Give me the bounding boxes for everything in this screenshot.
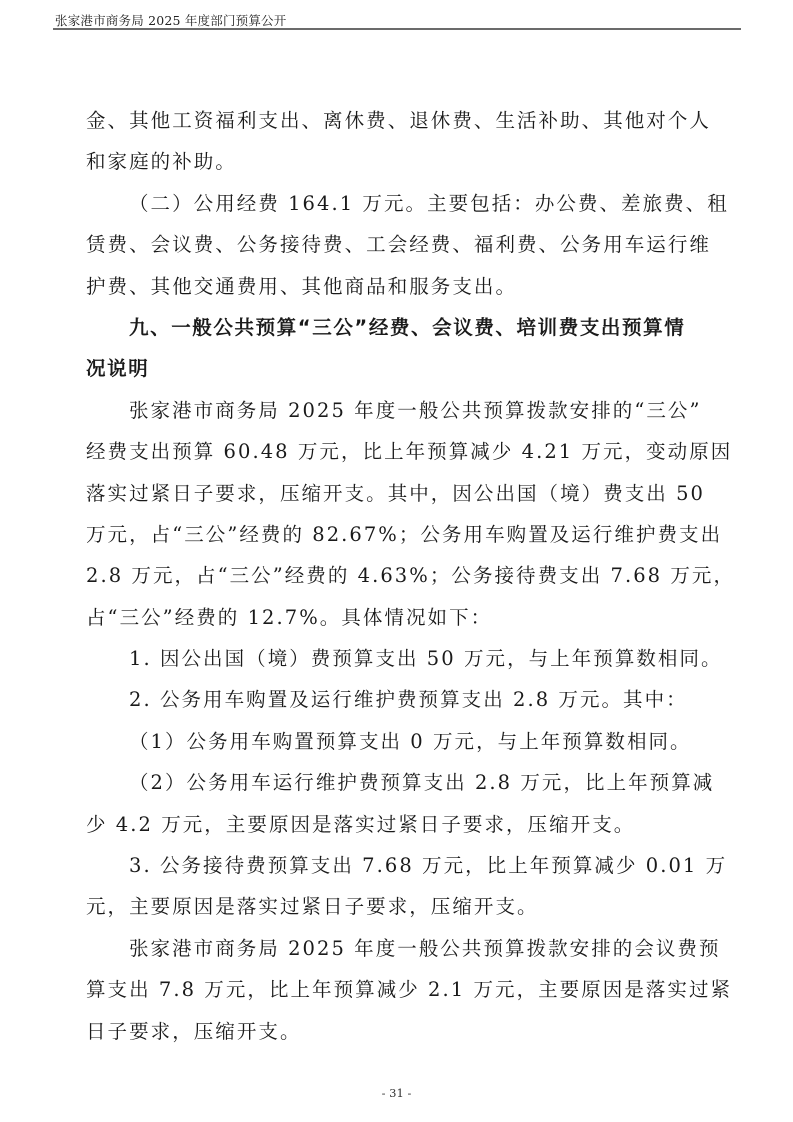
list-item-3: 3. 公务接待费预算支出 7.68 万元，比上年预算减少 0.01 万 bbox=[86, 845, 712, 886]
text-line-22: 算支出 7.8 万元，比上年预算减少 2.1 万元，主要原因是落实过紧 bbox=[86, 969, 712, 1010]
page-number: - 31 - bbox=[0, 1086, 793, 1100]
sub-item-1: （1）公务用车购置预算支出 0 万元，与上年预算数相同。 bbox=[86, 721, 712, 762]
page-header: 张家港市商务局 2025 年度部门预算公开 bbox=[53, 9, 741, 29]
text-line-5: 护费、其他交通费用、其他商品和服务支出。 bbox=[86, 266, 712, 307]
text-line-21: 张家港市商务局 2025 年度一般公共预算拨款安排的会议费预 bbox=[86, 928, 712, 969]
text-line-2: 和家庭的补助。 bbox=[86, 141, 712, 182]
sub-item-2: （2）公务用车运行维护费预算支出 2.8 万元，比上年预算减 bbox=[86, 762, 712, 803]
document-body: 金、其他工资福利支出、离休费、退休费、生活补助、其他对个人 和家庭的补助。 （二… bbox=[86, 100, 712, 1052]
header-divider bbox=[53, 28, 741, 30]
list-item-2: 2. 公务用车购置及运行维护费预算支出 2.8 万元。其中： bbox=[86, 679, 712, 720]
text-line-8: 张家港市商务局 2025 年度一般公共预算拨款安排的“三公” bbox=[86, 390, 712, 431]
text-line-10: 落实过紧日子要求，压缩开支。其中，因公出国（境）费支出 50 bbox=[86, 473, 712, 514]
text-line-23: 日子要求，压缩开支。 bbox=[86, 1011, 712, 1052]
section-heading-line-2: 况说明 bbox=[86, 348, 712, 389]
text-line-13: 占“三公”经费的 12.7%。具体情况如下： bbox=[86, 597, 712, 638]
text-line-1: 金、其他工资福利支出、离休费、退休费、生活补助、其他对个人 bbox=[86, 100, 712, 141]
text-line-11: 万元，占“三公”经费的 82.67%；公务用车购置及运行维护费支出 bbox=[86, 514, 712, 555]
text-line-12: 2.8 万元，占“三公”经费的 4.63%；公务接待费支出 7.68 万元， bbox=[86, 555, 712, 596]
text-line-18: 少 4.2 万元，主要原因是落实过紧日子要求，压缩开支。 bbox=[86, 804, 712, 845]
section-heading-line-1: 九、一般公共预算“三公”经费、会议费、培训费支出预算情 bbox=[86, 307, 712, 348]
text-line-9: 经费支出预算 60.48 万元，比上年预算减少 4.21 万元，变动原因 bbox=[86, 431, 712, 472]
text-line-20: 元，主要原因是落实过紧日子要求，压缩开支。 bbox=[86, 886, 712, 927]
header-title: 张家港市商务局 2025 年度部门预算公开 bbox=[55, 11, 286, 29]
text-line-3: （二）公用经费 164.1 万元。主要包括：办公费、差旅费、租 bbox=[86, 183, 712, 224]
text-line-4: 赁费、会议费、公务接待费、工会经费、福利费、公务用车运行维 bbox=[86, 224, 712, 265]
list-item-1: 1. 因公出国（境）费预算支出 50 万元，与上年预算数相同。 bbox=[86, 638, 712, 679]
